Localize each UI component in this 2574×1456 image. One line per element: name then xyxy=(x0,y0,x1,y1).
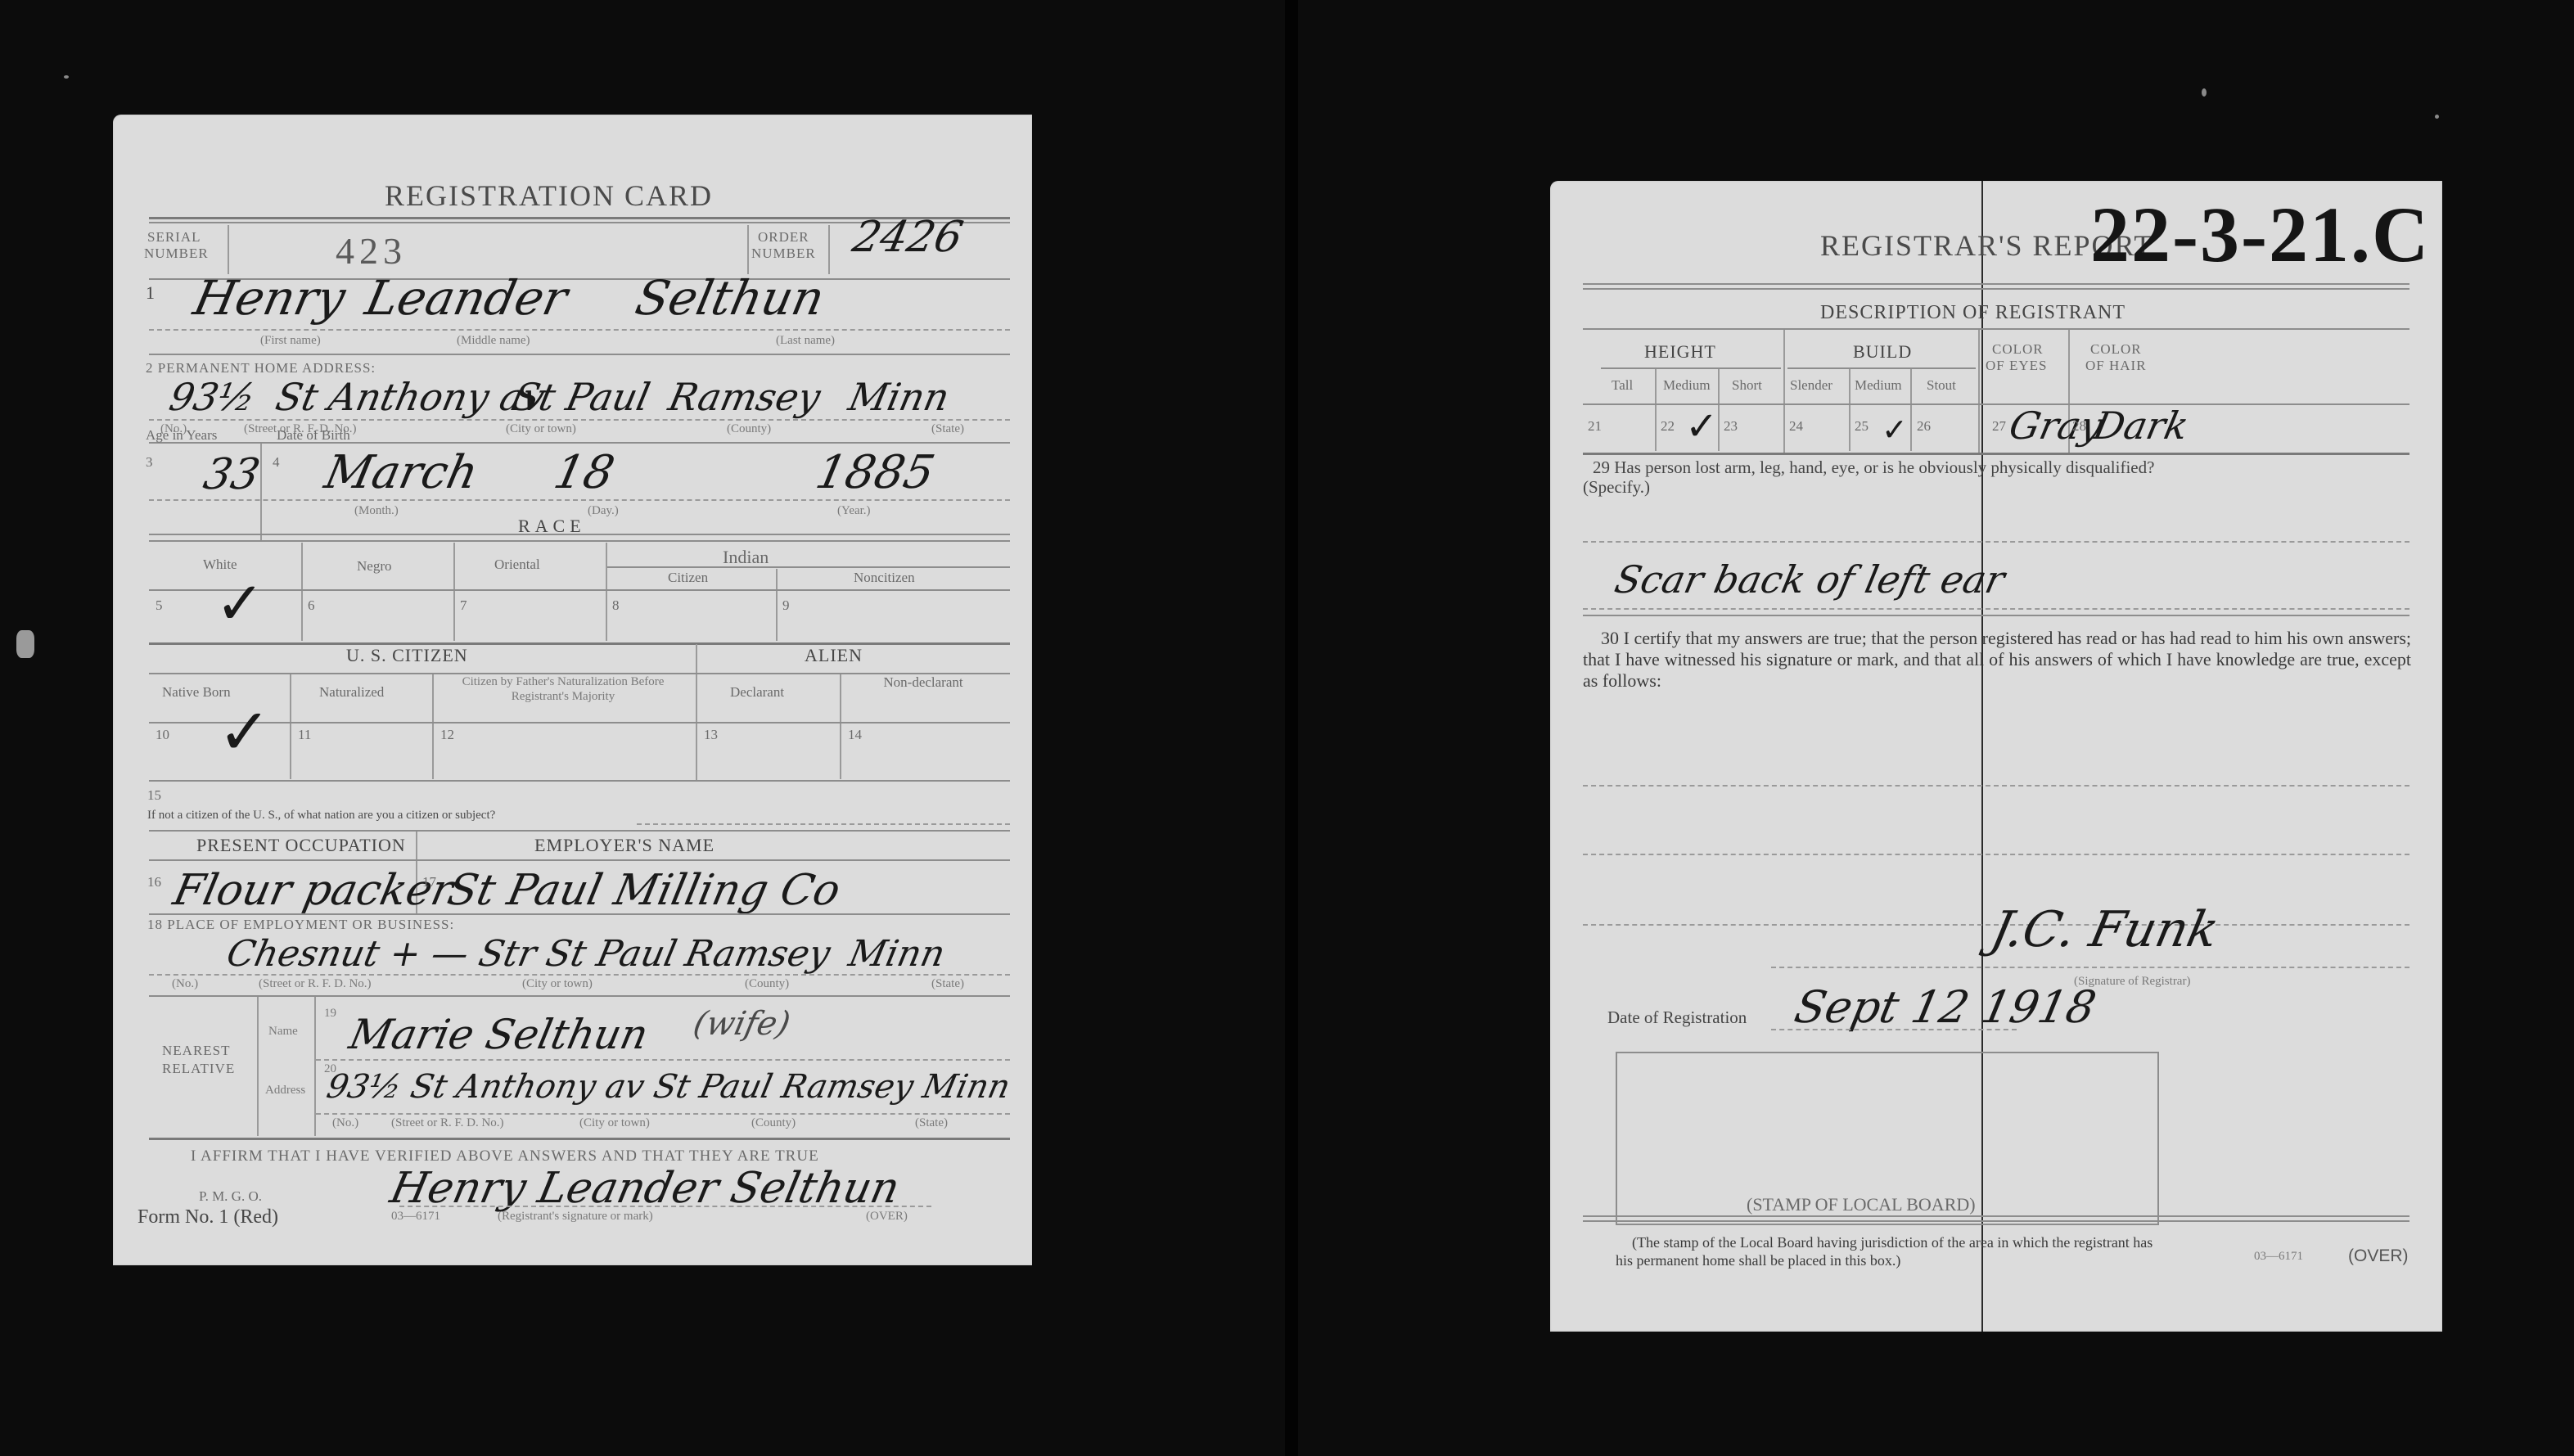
dob-month: March xyxy=(320,446,483,499)
caption: (Year.) xyxy=(837,504,871,518)
divider xyxy=(1771,967,2409,968)
divider xyxy=(149,642,1010,645)
caption: (Middle name) xyxy=(457,334,530,348)
scanner-divider xyxy=(1285,0,1298,1456)
field-number: 6 xyxy=(308,597,315,614)
field-number: 5 xyxy=(156,597,163,614)
divider xyxy=(149,974,1010,976)
home-address-city: St Paul xyxy=(509,375,654,419)
field-number: 28 xyxy=(2072,418,2086,435)
divider xyxy=(149,830,1010,832)
field-number: 12 xyxy=(440,727,454,743)
field-number: 25 xyxy=(1855,418,1869,435)
signature-caption: (Registrant's signature or mark) xyxy=(498,1210,653,1224)
divider xyxy=(432,674,434,779)
affirmation-text: I AFFIRM THAT I HAVE VERIFIED ABOVE ANSW… xyxy=(191,1147,819,1165)
caption: (Street or R. F. D. No.) xyxy=(391,1116,504,1130)
divider xyxy=(747,225,749,274)
registrar-report-back: REGISTRAR'S REPORT 22-3-21.C DESCRIPTION… xyxy=(1550,181,2442,1332)
field-number: 3 xyxy=(146,454,153,471)
divider xyxy=(637,823,1010,825)
divider xyxy=(1583,283,2409,285)
order-label: NUMBER xyxy=(751,246,816,262)
field-number: 13 xyxy=(704,727,718,743)
divider xyxy=(828,225,830,274)
employment-city: St Paul xyxy=(543,933,681,975)
registrar-signature: J.C. Funk xyxy=(1986,901,2225,958)
middle-name: Leander xyxy=(361,270,572,326)
height-medium-checkmark: ✓ xyxy=(1685,403,1718,449)
employment-county: Ramsey xyxy=(682,933,834,975)
relative-name-label: Name xyxy=(268,1025,298,1039)
occupation-heading: PRESENT OCCUPATION xyxy=(196,835,406,856)
serial-label: NUMBER xyxy=(144,246,209,262)
build-stout-label: Stout xyxy=(1927,377,1956,394)
registration-card-front: REGISTRATION CARD SERIAL NUMBER 423 ORDE… xyxy=(113,115,1032,1265)
description-heading: DESCRIPTION OF REGISTRANT xyxy=(1820,302,2125,324)
divider xyxy=(149,859,1010,861)
field-number: 27 xyxy=(1992,418,2006,435)
naturalized-label: Naturalized xyxy=(319,684,384,701)
divider xyxy=(1583,785,2409,787)
build-slender-label: Slender xyxy=(1790,377,1832,394)
caption: (State) xyxy=(931,422,964,436)
divider xyxy=(1583,854,2409,855)
age-value: 33 xyxy=(200,450,264,499)
field-number: 15 xyxy=(147,787,161,804)
home-address-county: Ramsey xyxy=(665,375,824,419)
eye-color-heading: OF EYES xyxy=(1986,358,2047,374)
nationality-question: If not a citizen of the U. S., of what n… xyxy=(147,809,495,823)
nearest-relative-label: NEAREST xyxy=(162,1043,231,1059)
stamp-note: (The stamp of the Local Board having jur… xyxy=(1616,1233,2172,1269)
race-heading: RACE xyxy=(518,516,586,537)
field-number: 19 xyxy=(324,1007,336,1021)
caption: (City or town) xyxy=(522,977,593,991)
us-citizen-heading: U. S. CITIZEN xyxy=(346,645,468,666)
dob-label: Date of Birth xyxy=(277,427,350,444)
divider xyxy=(314,997,316,1136)
divider xyxy=(316,1059,1010,1061)
declarant-label: Declarant xyxy=(730,684,784,701)
over-label: (OVER) xyxy=(866,1210,908,1224)
stamped-number: 22-3-21.C xyxy=(2090,189,2430,280)
height-heading: HEIGHT xyxy=(1644,341,1716,363)
divider xyxy=(1718,369,1720,451)
race-indian-citizen-label: Citizen xyxy=(668,570,708,586)
dust-speck xyxy=(16,630,34,658)
employer-value: St Paul Milling Co xyxy=(444,866,845,915)
divider xyxy=(1787,367,1976,369)
divider xyxy=(316,1113,1010,1115)
divider xyxy=(399,1206,931,1207)
build-medium-checkmark: ✓ xyxy=(1882,412,1908,448)
field-number: 11 xyxy=(298,727,311,743)
divider xyxy=(149,329,1010,331)
hair-color-value: Dark xyxy=(2089,403,2193,448)
caption: (No.) xyxy=(332,1116,358,1130)
caption: (City or town) xyxy=(506,422,576,436)
occupation-value: Flour packer xyxy=(169,866,458,915)
divider xyxy=(149,419,1010,421)
divider xyxy=(1583,541,2409,543)
form-number: Form No. 1 (Red) xyxy=(137,1206,278,1228)
hair-color-heading: OF HAIR xyxy=(2085,358,2147,374)
field-number: 22 xyxy=(1661,418,1675,435)
card-title: REGISTRATION CARD xyxy=(385,178,713,213)
home-address-state: Minn xyxy=(845,375,953,419)
divider xyxy=(149,540,1010,542)
pmgo-label: P. M. G. O. xyxy=(199,1188,262,1205)
height-tall-label: Tall xyxy=(1612,377,1633,394)
field-number: 21 xyxy=(1588,418,1602,435)
divider xyxy=(1910,369,1912,451)
field-number: 23 xyxy=(1724,418,1738,435)
dob-year: 1885 xyxy=(811,446,939,499)
relative-address: 93½ St Anthony av St Paul Ramsey Minn xyxy=(323,1068,1013,1106)
field-number: 16 xyxy=(147,874,161,890)
field-number: 1 xyxy=(146,282,155,304)
divider xyxy=(1655,369,1657,451)
divider xyxy=(257,997,259,1136)
home-address-label: 2 PERMANENT HOME ADDRESS: xyxy=(146,360,376,376)
order-number: 2426 xyxy=(849,213,967,262)
divider xyxy=(1601,367,1781,369)
caption: (County) xyxy=(751,1116,796,1130)
height-medium-label: Medium xyxy=(1663,377,1711,394)
over-label: (OVER) xyxy=(2348,1246,2409,1266)
field-number: 7 xyxy=(460,597,467,614)
divider xyxy=(301,543,303,641)
race-indian-noncitizen-label: Noncitizen xyxy=(854,570,915,586)
divider xyxy=(1583,608,2409,610)
dust-speck xyxy=(2202,88,2207,97)
divider xyxy=(696,644,697,780)
divider xyxy=(149,995,1010,997)
caption: (County) xyxy=(745,977,789,991)
last-name: Selthun xyxy=(631,270,829,326)
caption: (County) xyxy=(727,422,771,436)
divider xyxy=(1583,615,2409,616)
home-address-street: St Anthony av xyxy=(272,375,548,419)
caption: (Month.) xyxy=(354,504,399,518)
nearest-relative-label: RELATIVE xyxy=(162,1061,235,1077)
first-name: Henry xyxy=(189,270,350,326)
divider xyxy=(149,913,1010,915)
employment-state: Minn xyxy=(845,933,949,975)
field-number: 10 xyxy=(156,727,169,743)
relative-address-label: Address xyxy=(265,1084,305,1098)
caption: (City or town) xyxy=(579,1116,650,1130)
disqualification-answer: Scar back of left ear xyxy=(1611,557,2008,602)
race-oriental-label: Oriental xyxy=(494,557,540,573)
build-medium-label: Medium xyxy=(1855,377,1902,394)
caption: (State) xyxy=(915,1116,948,1130)
field-number: 17 xyxy=(422,874,436,890)
divider xyxy=(1771,1029,2017,1030)
field-number: 4 xyxy=(273,454,280,471)
divider xyxy=(453,543,455,641)
home-address-no: 93½ xyxy=(165,375,259,419)
divider xyxy=(1583,453,2409,455)
specify-label: (Specify.) xyxy=(1583,477,1650,498)
disqualification-question: 29 Has person lost arm, leg, hand, eye, … xyxy=(1593,458,2154,478)
hair-color-heading: COLOR xyxy=(2090,341,2142,358)
race-negro-label: Negro xyxy=(357,558,391,575)
stamp-box-label: (STAMP OF LOCAL BOARD) xyxy=(1747,1194,1976,1215)
eye-color-heading: COLOR xyxy=(1992,341,2044,358)
non-declarant-label: Non-declarant xyxy=(850,674,997,691)
relative-annotation: (wife) xyxy=(690,1005,793,1043)
registration-date: Sept 12 1918 xyxy=(1790,981,2100,1033)
height-short-label: Short xyxy=(1732,377,1762,394)
race-white-checkmark: ✓ xyxy=(215,569,264,638)
indian-heading: Indian xyxy=(723,547,769,568)
caption: (Street or R. F. D. No.) xyxy=(259,977,372,991)
print-code: 03—6171 xyxy=(2254,1250,2303,1264)
divider xyxy=(606,543,607,641)
age-label: Age in Years xyxy=(146,427,217,444)
field-number: 14 xyxy=(848,727,862,743)
native-born-checkmark: ✓ xyxy=(218,696,271,769)
relative-name: Marie Selthun xyxy=(345,1011,652,1058)
alien-heading: ALIEN xyxy=(805,645,863,666)
divider xyxy=(149,1138,1010,1140)
dob-day: 18 xyxy=(549,446,619,499)
divider xyxy=(290,674,291,779)
citizen-by-father-label: Citizen by Father's Naturalization Befor… xyxy=(440,674,686,704)
divider xyxy=(149,499,1010,501)
certification-text: 30 I certify that my answers are true; t… xyxy=(1583,628,2411,692)
field-number: 24 xyxy=(1789,418,1803,435)
caption: (Day.) xyxy=(588,504,619,518)
order-label: ORDER xyxy=(758,229,809,246)
divider xyxy=(149,354,1010,355)
divider xyxy=(260,444,262,542)
build-heading: BUILD xyxy=(1853,341,1912,363)
dust-speck xyxy=(2435,115,2439,119)
divider xyxy=(1583,288,2409,290)
caption: (No.) xyxy=(172,977,198,991)
divider xyxy=(149,722,1010,723)
caption: (Last name) xyxy=(776,334,835,348)
divider xyxy=(1783,330,1785,453)
employment-street: Chesnut + — Str xyxy=(223,933,541,975)
divider xyxy=(149,780,1010,782)
divider xyxy=(149,589,1010,591)
print-code: 03—6171 xyxy=(391,1210,440,1224)
dust-speck xyxy=(64,75,69,79)
divider xyxy=(776,569,778,641)
divider xyxy=(840,674,841,779)
serial-label: SERIAL xyxy=(147,229,201,246)
caption: (State) xyxy=(931,977,964,991)
employer-heading: EMPLOYER'S NAME xyxy=(534,835,714,856)
divider xyxy=(1583,328,2409,330)
employment-place-label: 18 PLACE OF EMPLOYMENT OR BUSINESS: xyxy=(147,917,454,933)
divider xyxy=(1849,369,1850,451)
field-number: 26 xyxy=(1917,418,1931,435)
field-number: 9 xyxy=(782,597,790,614)
serial-number: 423 xyxy=(336,229,407,273)
registration-date-label: Date of Registration xyxy=(1607,1007,1747,1028)
caption: (First name) xyxy=(260,334,321,348)
field-number: 8 xyxy=(612,597,620,614)
divider xyxy=(607,566,1010,568)
divider xyxy=(1978,330,1980,453)
divider xyxy=(228,225,229,274)
